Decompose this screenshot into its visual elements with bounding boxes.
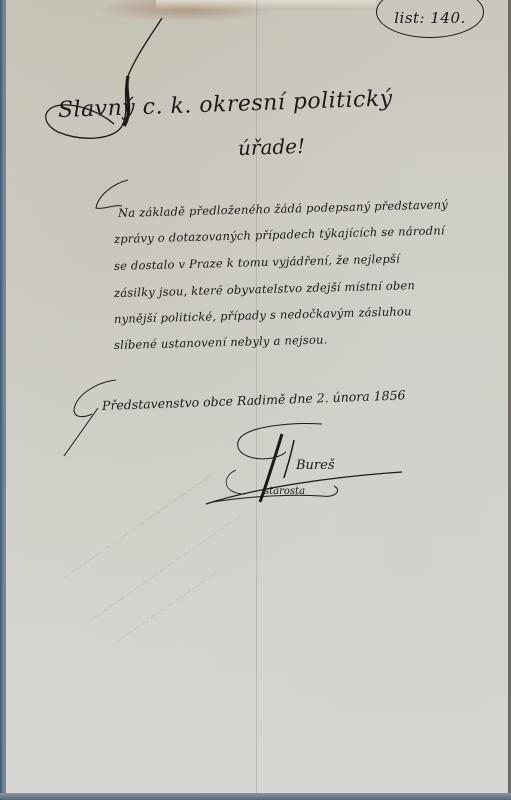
scan-bottom-edge (0, 793, 511, 800)
bleed-through-text: ~~~~~~~~~~~~~~~~~~ (58, 469, 214, 584)
paper-tear (156, 0, 376, 10)
folio-stamp: list: 140. (376, 0, 484, 38)
body-line-5: nynější politické, případy s nedočkavým … (114, 304, 412, 326)
body-line-1: Na základě předloženého žádá podepsaný p… (118, 197, 448, 220)
signature-name: Bureš (296, 458, 335, 473)
body-line-6: slíbené ustanovení nebyly a nejsou. (114, 332, 328, 352)
body-line-2: zprávy o dotazovaných případech týkající… (114, 223, 445, 246)
folio-number: list: 140. (394, 9, 466, 27)
salutation-line-2: úřade! (238, 134, 306, 160)
document-page: ~~~~~~~~~~~~~~~~~~ ~~~~~~~~~~~~~~~~~~ ~~… (6, 0, 509, 793)
body-line-4: zásilky jsou, které obyvatelstvo zdejší … (114, 278, 415, 300)
decorative-initial-s-icon (42, 14, 172, 144)
bleed-through-text: ~~~~~~~~~~~~ (113, 567, 220, 648)
signature-title: starosta (264, 486, 305, 497)
date-flourish-icon (58, 378, 118, 458)
place-date-line: Představenstvo obce Radimě dne 2. února … (102, 387, 406, 413)
